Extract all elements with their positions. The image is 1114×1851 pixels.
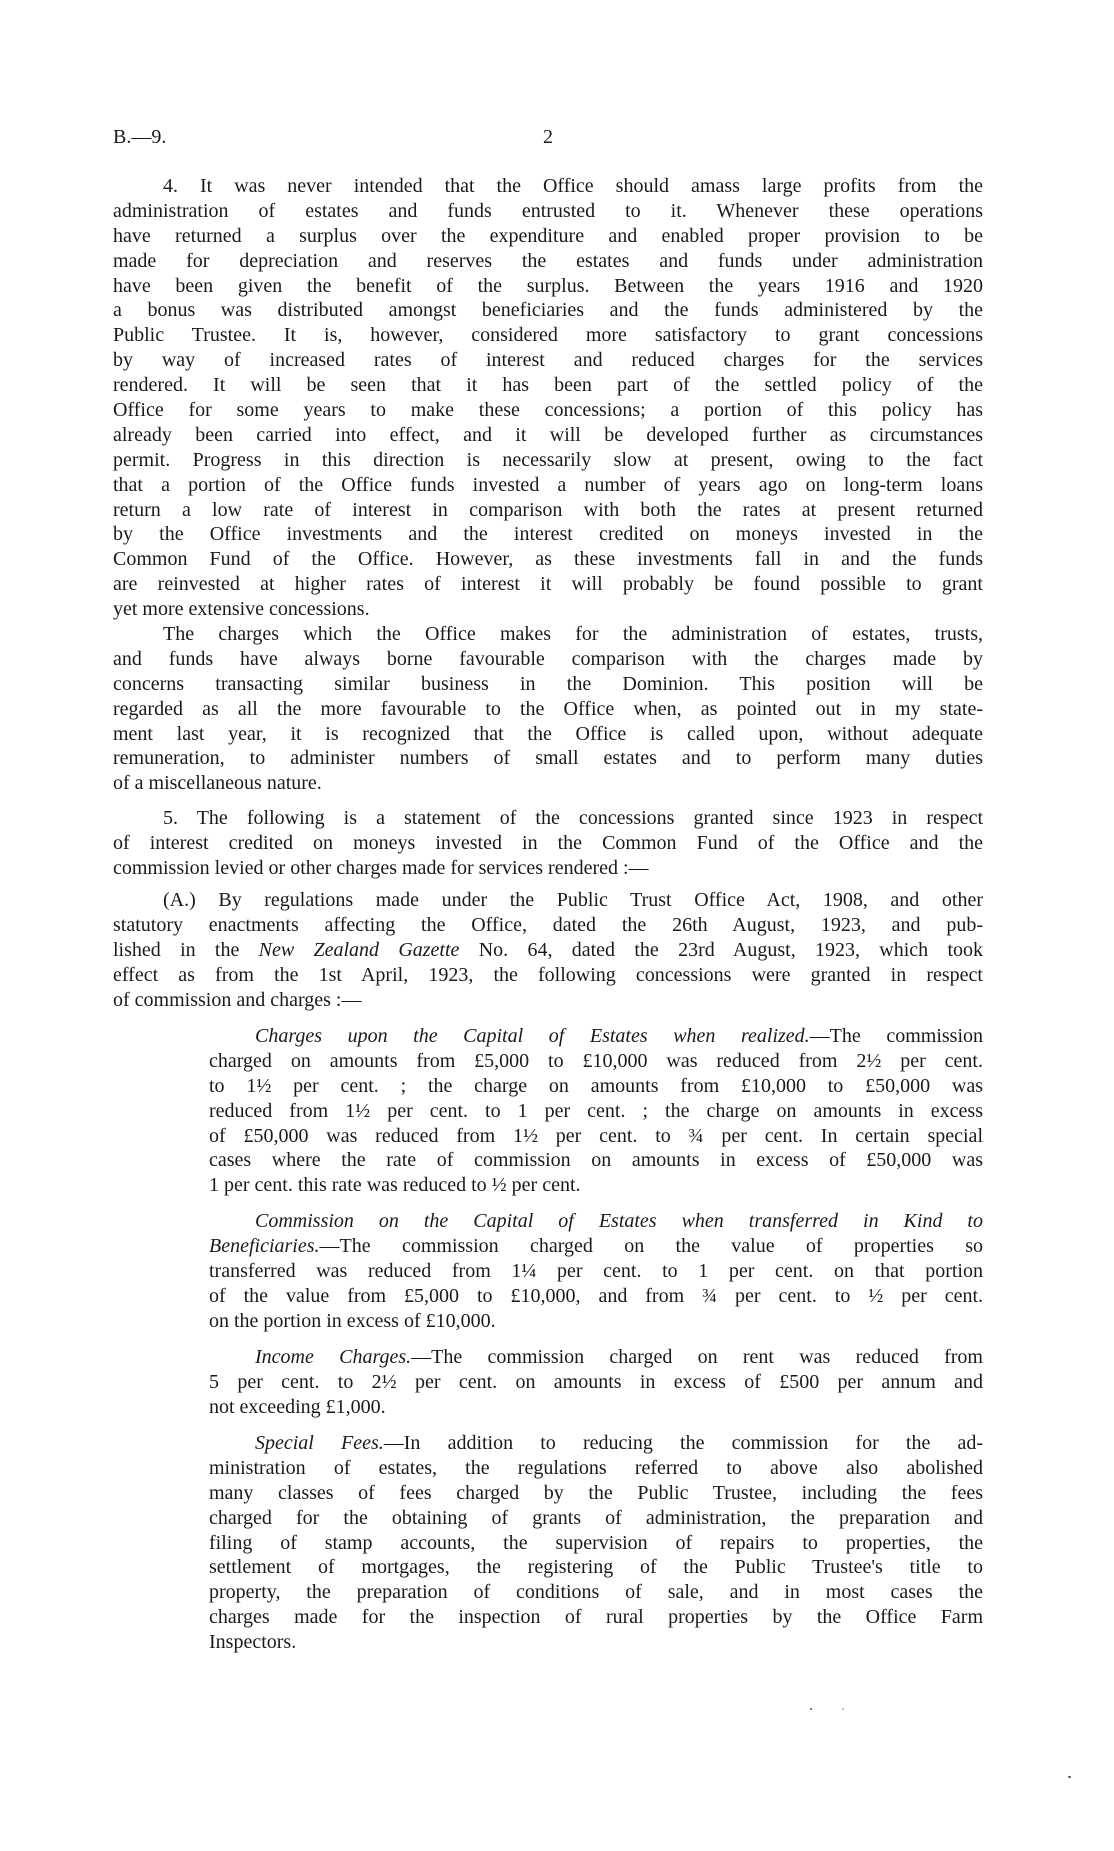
text-line: Office for some years to make these conc… bbox=[113, 398, 983, 423]
section-special-fees: Special Fees.—In addition to reducing th… bbox=[209, 1431, 983, 1655]
text-line: Income Charges.—The commission charged o… bbox=[209, 1345, 983, 1370]
text-line: of the value from £5,000 to £10,000, and… bbox=[209, 1284, 983, 1309]
text-line: a bonus was distributed amongst benefici… bbox=[113, 298, 983, 323]
text-line: effect as from the 1st April, 1923, the … bbox=[113, 963, 983, 988]
text-line: concerns transacting similar business in… bbox=[113, 672, 983, 697]
text-line: on the portion in excess of £10,000. bbox=[209, 1309, 983, 1334]
text-line: remuneration, to administer numbers of s… bbox=[113, 746, 983, 771]
section-charges-capital: Charges upon the Capital of Estates when… bbox=[209, 1024, 983, 1198]
text-line: cases where the rate of commission on am… bbox=[209, 1148, 983, 1173]
text-line: statutory enactments affecting the Offic… bbox=[113, 913, 983, 938]
text-line: Public Trustee. It is, however, consider… bbox=[113, 323, 983, 348]
text-line: administration of estates and funds entr… bbox=[113, 199, 983, 224]
section-heading: Commission on the Capital of Estates whe… bbox=[209, 1209, 983, 1234]
text-line: Special Fees.—In addition to reducing th… bbox=[209, 1431, 983, 1456]
text-line: Inspectors. bbox=[209, 1630, 983, 1655]
text-line: and funds have always borne favourable c… bbox=[113, 647, 983, 672]
text-line: reduced from 1½ per cent. to 1 per cent.… bbox=[209, 1099, 983, 1124]
text-line: property, the preparation of conditions … bbox=[209, 1580, 983, 1605]
text-fragment: —In addition to reducing the commission … bbox=[384, 1432, 983, 1454]
text-line: The charges which the Office makes for t… bbox=[113, 622, 983, 647]
section-income-charges: Income Charges.—The commission charged o… bbox=[209, 1345, 983, 1420]
paragraph-a: (A.) By regulations made under the Publi… bbox=[113, 888, 983, 1012]
paragraph-4: 4. It was never intended that the Office… bbox=[113, 174, 983, 622]
text-fragment: —The commission bbox=[810, 1025, 983, 1047]
text-line: filing of stamp accounts, the supervisio… bbox=[209, 1531, 983, 1556]
text-line: 5 per cent. to 2½ per cent. on amounts i… bbox=[209, 1370, 983, 1395]
section-heading: Charges upon the Capital of Estates when… bbox=[255, 1025, 810, 1047]
scan-speck bbox=[1068, 1776, 1071, 1778]
text-line: rendered. It will be seen that it has be… bbox=[113, 373, 983, 398]
text-fragment: No. 64, dated the 23rd August, 1923, whi… bbox=[459, 939, 983, 961]
document-reference: B.—9. bbox=[113, 124, 166, 150]
text-line: many classes of fees charged by the Publ… bbox=[209, 1481, 983, 1506]
text-line: yet more extensive concessions. bbox=[113, 597, 983, 622]
section-heading: Special Fees. bbox=[255, 1432, 384, 1454]
text-line: (A.) By regulations made under the Publi… bbox=[113, 888, 983, 913]
text-line: of a miscellaneous nature. bbox=[113, 771, 983, 796]
text-line-gazette: lished in the New Zealand Gazette No. 64… bbox=[113, 938, 983, 963]
text-line: made for depreciation and reserves the e… bbox=[113, 249, 983, 274]
text-line: Beneficiaries.—The commission charged on… bbox=[209, 1234, 983, 1259]
text-line: of commission and charges :— bbox=[113, 988, 983, 1013]
text-line: Charges upon the Capital of Estates when… bbox=[209, 1024, 983, 1049]
text-line: ministration of estates, the regulations… bbox=[209, 1456, 983, 1481]
text-line: return a low rate of interest in compari… bbox=[113, 498, 983, 523]
text-fragment: —The commission charged on the value of … bbox=[320, 1235, 983, 1257]
text-line: to 1½ per cent. ; the charge on amounts … bbox=[209, 1074, 983, 1099]
text-line: of interest credited on moneys invested … bbox=[113, 831, 983, 856]
page-number: 2 bbox=[543, 124, 553, 150]
text-line: regarded as all the more favourable to t… bbox=[113, 697, 983, 722]
page-header: B.—9. 2 bbox=[113, 124, 983, 150]
text-fragment: lished in the bbox=[113, 939, 259, 961]
text-line: commission levied or other charges made … bbox=[113, 856, 983, 881]
text-line: 4. It was never intended that the Office… bbox=[113, 174, 983, 199]
section-commission-kind: Commission on the Capital of Estates whe… bbox=[209, 1209, 983, 1333]
text-line: have been given the benefit of the surpl… bbox=[113, 274, 983, 299]
section-heading: Income Charges. bbox=[255, 1346, 411, 1368]
text-line: permit. Progress in this direction is ne… bbox=[113, 448, 983, 473]
text-line: settlement of mortgages, the registering… bbox=[209, 1555, 983, 1580]
text-line: 5. The following is a statement of the c… bbox=[113, 806, 983, 831]
text-line: charged on amounts from £5,000 to £10,00… bbox=[209, 1049, 983, 1074]
text-line: charges made for the inspection of rural… bbox=[209, 1605, 983, 1630]
scan-speck bbox=[810, 1708, 812, 1710]
text-line: charged for the obtaining of grants of a… bbox=[209, 1506, 983, 1531]
text-line: of £50,000 was reduced from 1½ per cent.… bbox=[209, 1124, 983, 1149]
text-line: transferred was reduced from 1¼ per cent… bbox=[209, 1259, 983, 1284]
paragraph-5: 5. The following is a statement of the c… bbox=[113, 806, 983, 881]
scan-speck bbox=[842, 1708, 844, 1710]
text-line: have returned a surplus over the expendi… bbox=[113, 224, 983, 249]
text-line: are reinvested at higher rates of intere… bbox=[113, 572, 983, 597]
section-heading-cont: Beneficiaries. bbox=[209, 1235, 320, 1257]
text-line: ment last year, it is recognized that th… bbox=[113, 722, 983, 747]
text-line: not exceeding £1,000. bbox=[209, 1395, 983, 1420]
text-line: Common Fund of the Office. However, as t… bbox=[113, 547, 983, 572]
text-line: by the Office investments and the intere… bbox=[113, 522, 983, 547]
text-line: by way of increased rates of interest an… bbox=[113, 348, 983, 373]
text-line: already been carried into effect, and it… bbox=[113, 423, 983, 448]
paragraph-4-charges: The charges which the Office makes for t… bbox=[113, 622, 983, 796]
gazette-title: New Zealand Gazette bbox=[259, 939, 460, 961]
text-line: that a portion of the Office funds inves… bbox=[113, 473, 983, 498]
text-fragment: —The commission charged on rent was redu… bbox=[411, 1346, 983, 1368]
text-line: 1 per cent. this rate was reduced to ½ p… bbox=[209, 1173, 983, 1198]
